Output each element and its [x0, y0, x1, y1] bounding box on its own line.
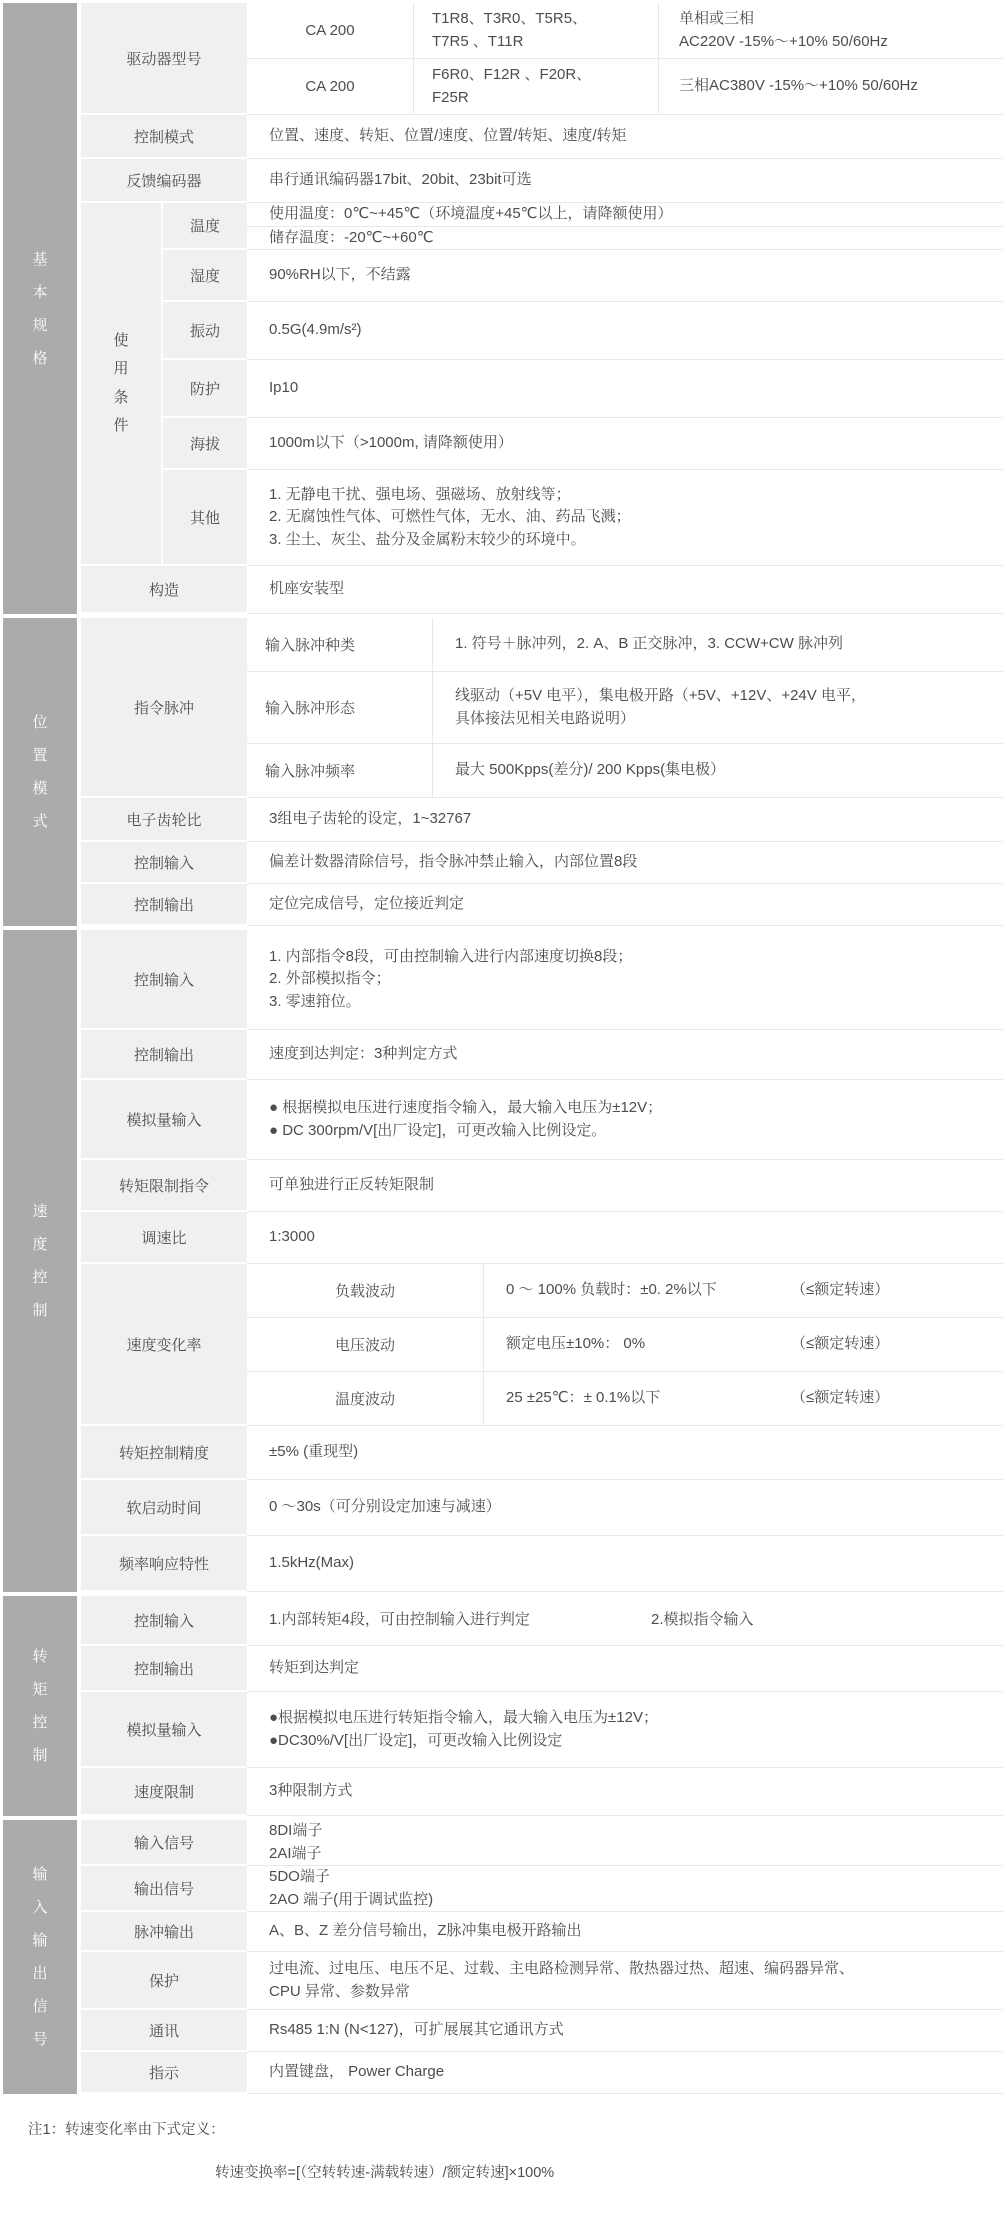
section-position-sidebar: 位置模式 — [3, 618, 77, 926]
row-label-structure: 构造 — [81, 566, 247, 614]
voltage-fluctuation-value: 额定电压±10%： 0% — [506, 1333, 791, 1356]
section-position-title: 位置模式 — [32, 706, 48, 838]
sublabel-pulse-form: 输入脉冲形态 — [247, 672, 433, 744]
row-label-communication: 通讯 — [81, 2010, 247, 2052]
cell-speed-control-output: 速度到达判定：3种判定方式 — [247, 1030, 1003, 1080]
row-altitude: 海拔 1000m以下（>1000m, 请降额使用） — [163, 418, 1003, 470]
cell-speed-limit: 3种限制方式 — [247, 1768, 1003, 1816]
torque-control-input-value-1: 1.内部转矩4段，可由控制输入进行判定 — [269, 1609, 651, 1632]
row-position-control-input: 控制输入 偏差计数器清除信号，指令脉冲禁止输入，内部位置8段 — [81, 842, 1003, 884]
row-indication: 指示 内置键盘， Power Charge — [81, 2052, 1003, 2094]
row-label-feedback-encoder: 反馈编码器 — [81, 159, 247, 203]
cell-gear-ratio: 3组电子齿轮的设定，1~32767 — [247, 798, 1003, 842]
sublabel-temperature: 温度 — [163, 203, 247, 250]
torque-control-input-value-2: 2.模拟指令输入 — [651, 1609, 754, 1632]
row-communication: 通讯 Rs485 1:N (N<127)，可扩展展其它通讯方式 — [81, 2010, 1003, 2052]
section-torque-sidebar: 转矩控制 — [3, 1596, 77, 1816]
cell-drive-types-1: T1R8、T3R0、T5R5、 T7R5 、T11R — [413, 3, 658, 59]
section-speed-title: 速度控制 — [32, 1195, 48, 1327]
row-label-control-mode: 控制模式 — [81, 115, 247, 159]
load-fluctuation-value: 0 ～ 100% 负载时：±0. 2%以下 — [506, 1279, 791, 1302]
cell-pulse-form: 线驱动（+5V 电平），集电极开路（+5V、+12V、+24V 电平， 具体接法… — [433, 672, 1003, 744]
section-io: 输入输出信号 输入信号 8DI端子 2AI端子 输出信号 5DO端子 2AO 端… — [3, 1820, 1003, 2094]
row-temperature-fluctuation: 温度波动 25 ±25℃：± 0.1%以下 （≤额定转速） — [247, 1372, 1003, 1426]
cell-protection-rating: Ip10 — [247, 360, 1003, 418]
cell-speed-ratio: 1:3000 — [247, 1212, 1003, 1264]
sublabel-other: 其他 — [163, 470, 247, 566]
drive-model-row-2: CA 200 F6R0、F12R 、F20R、 F25R 三相AC380V -1… — [247, 59, 1003, 115]
section-torque: 转矩控制 控制输入 1.内部转矩4段，可由控制输入进行判定 2.模拟指令输入 控… — [3, 1596, 1003, 1816]
cell-temperature-fluctuation: 25 ±25℃：± 0.1%以下 （≤额定转速） — [484, 1372, 1003, 1426]
cell-control-mode: 位置、速度、转矩、位置/速度、位置/转矩、速度/转矩 — [247, 115, 1003, 159]
cell-freq-response: 1.5kHz(Max) — [247, 1536, 1003, 1592]
row-speed-ratio: 调速比 1:3000 — [81, 1212, 1003, 1264]
row-label-freq-response: 频率响应特性 — [81, 1536, 247, 1592]
row-label-torque-control-output: 控制输出 — [81, 1646, 247, 1692]
cell-storage-temperature: 储存温度：-20℃~+60℃ — [247, 227, 1003, 251]
row-protection-functions: 保护 过电流、过电压、电压不足、过载、主电路检测异常、散热器过热、超速、编码器异… — [81, 1952, 1003, 2010]
cell-output-signal: 5DO端子 2AO 端子(用于调试监控) — [247, 1866, 1003, 1912]
section-speed: 速度控制 控制输入 1. 内部指令8段，可由控制输入进行内部速度切换8段； 2.… — [3, 930, 1003, 1592]
cell-torque-limit-command: 可单独进行正反转矩限制 — [247, 1160, 1003, 1212]
row-label-pulse-output: 脉冲输出 — [81, 1912, 247, 1952]
cell-humidity: 90%RH以下，不结露 — [247, 250, 1003, 302]
row-pulse-type: 输入脉冲种类 1. 符号＋脉冲列，2. A、B 正交脉冲，3. CCW+CW 脉… — [247, 618, 1003, 672]
row-torque-control-output: 控制输出 转矩到达判定 — [81, 1646, 1003, 1692]
row-label-torque-accuracy: 转矩控制精度 — [81, 1426, 247, 1480]
cell-use-temperature: 使用温度：0℃~+45℃（环境温度+45℃以上，请降额使用） — [247, 203, 1003, 227]
row-control-mode: 控制模式 位置、速度、转矩、位置/速度、位置/转矩、速度/转矩 — [81, 115, 1003, 159]
cell-protection-functions: 过电流、过电压、电压不足、过载、主电路检测异常、散热器过热、超速、编码器异常、 … — [247, 1952, 1003, 2010]
cell-altitude: 1000m以下（>1000m, 请降额使用） — [247, 418, 1003, 470]
row-label-speed-ratio: 调速比 — [81, 1212, 247, 1264]
row-other-conditions: 其他 1. 无静电干扰、强电场、强磁场、放射线等； 2. 无腐蚀性气体、可燃性气… — [163, 470, 1003, 566]
row-structure: 构造 机座安装型 — [81, 566, 1003, 614]
footnote-1: 注1：转速变化率由下式定义： — [0, 2118, 1006, 2139]
sublabel-altitude: 海拔 — [163, 418, 247, 470]
cell-indication: 内置键盘， Power Charge — [247, 2052, 1003, 2094]
section-io-title: 输入输出信号 — [32, 1858, 48, 2056]
section-io-sidebar: 输入输出信号 — [3, 1820, 77, 2094]
row-label-soft-start: 软启动时间 — [81, 1480, 247, 1536]
row-pulse-form: 输入脉冲形态 线驱动（+5V 电平），集电极开路（+5V、+12V、+24V 电… — [247, 672, 1003, 744]
cell-torque-control-output: 转矩到达判定 — [247, 1646, 1003, 1692]
cell-speed-control-input: 1. 内部指令8段，可由控制输入进行内部速度切换8段； 2. 外部模拟指令； 3… — [247, 930, 1003, 1030]
cell-drive-power-2: 三相AC380V -15%～+10% 50/60Hz — [658, 59, 1003, 115]
cell-vibration: 0.5G(4.9m/s²) — [247, 302, 1003, 360]
voltage-fluctuation-note: （≤额定转速） — [791, 1333, 889, 1356]
sublabel-pulse-freq: 输入脉冲频率 — [247, 744, 433, 798]
cell-pulse-type: 1. 符号＋脉冲列，2. A、B 正交脉冲，3. CCW+CW 脉冲列 — [433, 618, 1003, 672]
sublabel-protection-rating: 防护 — [163, 360, 247, 418]
row-label-torque-control-input: 控制输入 — [81, 1596, 247, 1646]
row-feedback-encoder: 反馈编码器 串行通讯编码器17bit、20bit、23bit可选 — [81, 159, 1003, 203]
row-input-signal: 输入信号 8DI端子 2AI端子 — [81, 1820, 1003, 1866]
row-label-speed-control-input: 控制输入 — [81, 930, 247, 1030]
section-position: 位置模式 指令脉冲 输入脉冲种类 1. 符号＋脉冲列，2. A、B 正交脉冲，3… — [3, 618, 1003, 926]
row-torque-limit-command: 转矩限制指令 可单独进行正反转矩限制 — [81, 1160, 1003, 1212]
row-freq-response: 频率响应特性 1.5kHz(Max) — [81, 1536, 1003, 1592]
command-pulse-block: 指令脉冲 输入脉冲种类 1. 符号＋脉冲列，2. A、B 正交脉冲，3. CCW… — [81, 618, 1003, 798]
temperature-fluctuation-note: （≤额定转速） — [791, 1387, 889, 1410]
row-position-control-output: 控制输出 定位完成信号，定位接近判定 — [81, 884, 1003, 926]
row-output-signal: 输出信号 5DO端子 2AO 端子(用于调试监控) — [81, 1866, 1003, 1912]
use-conditions-block: 使用条件 温度 使用温度：0℃~+45℃（环境温度+45℃以上，请降额使用） 储… — [81, 203, 1003, 566]
cell-pulse-output: A、B、Z 差分信号输出，Z脉冲集电极开路输出 — [247, 1912, 1003, 1952]
row-gear-ratio: 电子齿轮比 3组电子齿轮的设定，1~32767 — [81, 798, 1003, 842]
drive-model-block: 驱动器型号 CA 200 T1R8、T3R0、T5R5、 T7R5 、T11R … — [81, 3, 1003, 115]
cell-other-conditions: 1. 无静电干扰、强电场、强磁场、放射线等； 2. 无腐蚀性气体、可燃性气体，无… — [247, 470, 1003, 566]
temperature-fluctuation-value: 25 ±25℃：± 0.1%以下 — [506, 1387, 791, 1410]
cell-speed-analog-input: ● 根据模拟电压进行速度指令输入，最大输入电压为±12V； ● DC 300rp… — [247, 1080, 1003, 1160]
cell-input-signal: 8DI端子 2AI端子 — [247, 1820, 1003, 1866]
cell-position-control-input: 偏差计数器清除信号，指令脉冲禁止输入，内部位置8段 — [247, 842, 1003, 884]
temperature-block: 温度 使用温度：0℃~+45℃（环境温度+45℃以上，请降额使用） 储存温度：-… — [163, 203, 1003, 250]
row-load-fluctuation: 负载波动 0 ～ 100% 负载时：±0. 2%以下 （≤额定转速） — [247, 1264, 1003, 1318]
row-vibration: 振动 0.5G(4.9m/s²) — [163, 302, 1003, 360]
cell-drive-power-1: 单相或三相 AC220V -15%～+10% 50/60Hz — [658, 3, 1003, 59]
cell-load-fluctuation: 0 ～ 100% 负载时：±0. 2%以下 （≤额定转速） — [484, 1264, 1003, 1318]
cell-drive-model-1: CA 200 — [247, 3, 413, 59]
row-label-torque-limit-command: 转矩限制指令 — [81, 1160, 247, 1212]
row-label-indication: 指示 — [81, 2052, 247, 2094]
cell-position-control-output: 定位完成信号，定位接近判定 — [247, 884, 1003, 926]
row-label-speed-analog-input: 模拟量输入 — [81, 1080, 247, 1160]
cell-drive-model-2: CA 200 — [247, 59, 413, 115]
row-label-position-control-output: 控制输出 — [81, 884, 247, 926]
section-torque-title: 转矩控制 — [32, 1640, 48, 1772]
row-label-command-pulse: 指令脉冲 — [81, 618, 247, 798]
row-label-gear-ratio: 电子齿轮比 — [81, 798, 247, 842]
row-voltage-fluctuation: 电压波动 额定电压±10%： 0% （≤额定转速） — [247, 1318, 1003, 1372]
sublabel-voltage-fluctuation: 电压波动 — [247, 1318, 484, 1372]
cell-torque-accuracy: ±5% (重现型) — [247, 1426, 1003, 1480]
drive-model-row-1: CA 200 T1R8、T3R0、T5R5、 T7R5 、T11R 单相或三相 … — [247, 3, 1003, 59]
row-humidity: 湿度 90%RH以下，不结露 — [163, 250, 1003, 302]
row-label-torque-analog-input: 模拟量输入 — [81, 1692, 247, 1768]
sublabel-load-fluctuation: 负载波动 — [247, 1264, 484, 1318]
row-label-input-signal: 输入信号 — [81, 1820, 247, 1866]
load-fluctuation-note: （≤额定转速） — [791, 1279, 889, 1302]
row-pulse-output: 脉冲输出 A、B、Z 差分信号输出，Z脉冲集电极开路输出 — [81, 1912, 1003, 1952]
section-speed-sidebar: 速度控制 — [3, 930, 77, 1592]
row-label-speed-control-output: 控制输出 — [81, 1030, 247, 1080]
cell-communication: Rs485 1:N (N<127)，可扩展展其它通讯方式 — [247, 2010, 1003, 2052]
row-label-output-signal: 输出信号 — [81, 1866, 247, 1912]
sublabel-humidity: 湿度 — [163, 250, 247, 302]
section-basic: 基本规格 驱动器型号 CA 200 T1R8、T3R0、T5R5、 T7R5 、… — [3, 3, 1003, 614]
section-basic-title: 基本规格 — [32, 243, 48, 375]
row-label-protection-functions: 保护 — [81, 1952, 247, 2010]
row-speed-control-input: 控制输入 1. 内部指令8段，可由控制输入进行内部速度切换8段； 2. 外部模拟… — [81, 930, 1003, 1030]
row-label-position-control-input: 控制输入 — [81, 842, 247, 884]
sublabel-vibration: 振动 — [163, 302, 247, 360]
use-conditions-vertical-label: 使用条件 — [113, 327, 129, 441]
row-speed-limit: 速度限制 3种限制方式 — [81, 1768, 1003, 1816]
cell-torque-control-input: 1.内部转矩4段，可由控制输入进行判定 2.模拟指令输入 — [247, 1596, 1003, 1646]
cell-soft-start: 0 ～30s（可分别设定加速与减速） — [247, 1480, 1003, 1536]
spec-table: 基本规格 驱动器型号 CA 200 T1R8、T3R0、T5R5、 T7R5 、… — [0, 0, 1006, 2094]
row-label-speed-variation: 速度变化率 — [81, 1264, 247, 1426]
row-label-drive-model: 驱动器型号 — [81, 3, 247, 115]
cell-pulse-freq: 最大 500Kpps(差分)/ 200 Kpps(集电极） — [433, 744, 1003, 798]
row-label-use-conditions: 使用条件 — [81, 203, 163, 566]
section-basic-sidebar: 基本规格 — [3, 3, 77, 614]
row-protection-rating: 防护 Ip10 — [163, 360, 1003, 418]
row-torque-analog-input: 模拟量输入 ●根据模拟电压进行转矩指令输入，最大输入电压为±12V； ●DC30… — [81, 1692, 1003, 1768]
row-speed-analog-input: 模拟量输入 ● 根据模拟电压进行速度指令输入，最大输入电压为±12V； ● DC… — [81, 1080, 1003, 1160]
row-soft-start: 软启动时间 0 ～30s（可分别设定加速与减速） — [81, 1480, 1003, 1536]
speed-variation-formula: 转速变换率=[（空转转速-满载转速）/额定转速]×100% — [0, 2161, 1006, 2182]
sublabel-pulse-type: 输入脉冲种类 — [247, 618, 433, 672]
row-torque-control-input: 控制输入 1.内部转矩4段，可由控制输入进行判定 2.模拟指令输入 — [81, 1596, 1003, 1646]
row-label-speed-limit: 速度限制 — [81, 1768, 247, 1816]
cell-structure: 机座安装型 — [247, 566, 1003, 614]
cell-voltage-fluctuation: 额定电压±10%： 0% （≤额定转速） — [484, 1318, 1003, 1372]
cell-drive-types-2: F6R0、F12R 、F20R、 F25R — [413, 59, 658, 115]
cell-torque-analog-input: ●根据模拟电压进行转矩指令输入，最大输入电压为±12V； ●DC30%/V[出厂… — [247, 1692, 1003, 1768]
sublabel-temperature-fluctuation: 温度波动 — [247, 1372, 484, 1426]
cell-feedback-encoder: 串行通讯编码器17bit、20bit、23bit可选 — [247, 159, 1003, 203]
row-torque-accuracy: 转矩控制精度 ±5% (重现型) — [81, 1426, 1003, 1480]
row-speed-control-output: 控制输出 速度到达判定：3种判定方式 — [81, 1030, 1003, 1080]
row-pulse-freq: 输入脉冲频率 最大 500Kpps(差分)/ 200 Kpps(集电极） — [247, 744, 1003, 798]
speed-variation-block: 速度变化率 负载波动 0 ～ 100% 负载时：±0. 2%以下 （≤额定转速）… — [81, 1264, 1003, 1426]
